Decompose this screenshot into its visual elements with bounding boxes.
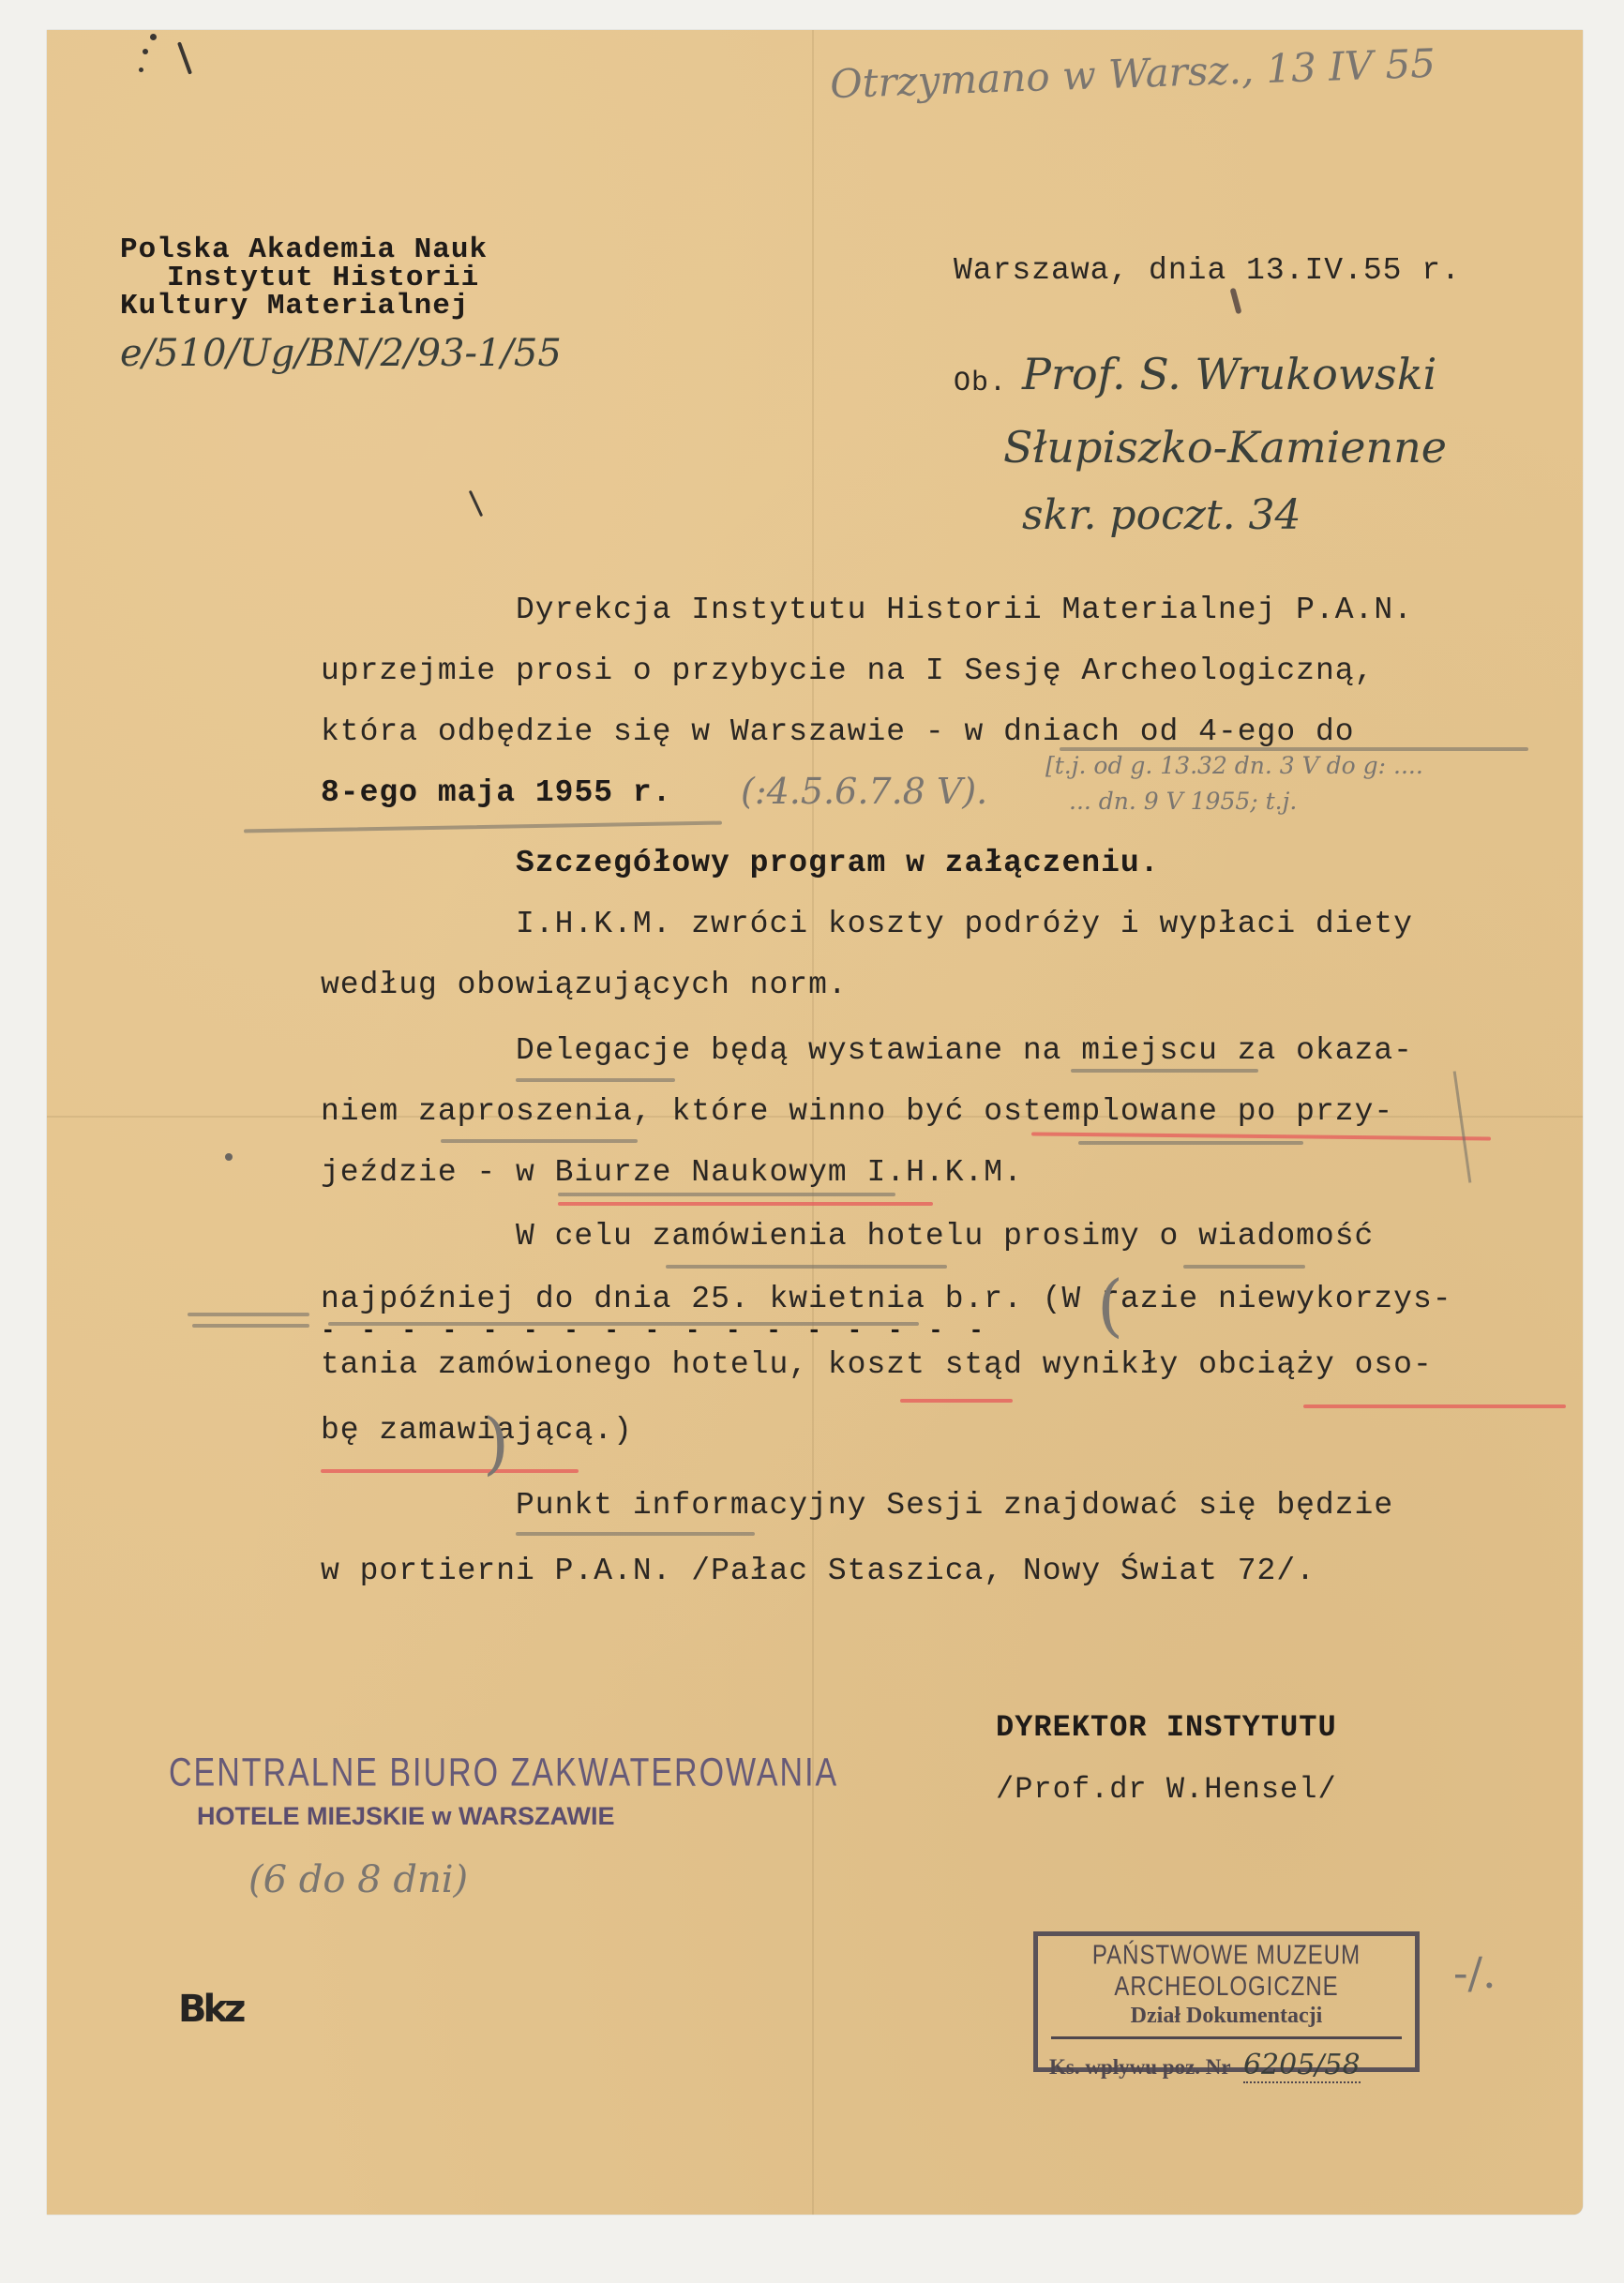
body-p2: Szczegółowy program w załączeniu.	[516, 846, 1160, 880]
ink-smudge	[1229, 288, 1241, 315]
pencil-underline	[1071, 1069, 1258, 1073]
red-underline	[558, 1202, 933, 1206]
hotel-stamp-line2: HOTELE MIEJSKIE w WARSZAWIE	[197, 1802, 615, 1831]
body-p4-line2: niem zaproszenia, które winno być ostemp…	[321, 1094, 1393, 1129]
body-p5-line4: bę zamawiającą.)	[321, 1413, 633, 1448]
addressee-prefix: Ob.	[954, 368, 1007, 399]
museum-stamp-line3: Ks. wpływu poz. Nr 6205/58	[1049, 2049, 1415, 2081]
pencil-time-note-a: [t.j. od g. 13.32 dn. 3 V do g: ....	[1045, 752, 1423, 779]
red-underline	[1031, 1132, 1491, 1140]
signature-title: DYREKTOR INSTYTUTU	[996, 1710, 1337, 1745]
ink-spot	[150, 34, 157, 40]
pencil-session-dates: (:4.5.6.7.8 V).	[741, 771, 987, 812]
pencil-overline	[1060, 747, 1528, 751]
letter-paper: Otrzymano w Warsz., 13 IV 55 Polska Akad…	[47, 30, 1583, 2215]
pencil-stay-note: (6 do 8 dni)	[248, 1858, 468, 1901]
body-p4-line3: jeździe - w Biurze Naukowym I.H.K.M.	[321, 1155, 1023, 1190]
ink-streak	[469, 490, 483, 517]
pencil-underline	[1183, 1265, 1305, 1269]
body-p5-line2: najpóźniej do dnia 25. kwietnia b.r. (W …	[321, 1282, 1452, 1316]
date-line: Warszawa, dnia 13.IV.55 r.	[954, 253, 1461, 288]
pencil-underline	[441, 1139, 638, 1143]
body-p1-line2: uprzejmie prosi o przybycie na I Sesję A…	[321, 653, 1374, 688]
addressee-name: Prof. S. Wrukowski	[1022, 349, 1436, 399]
reference-number: e/510/Ug/BN/2/93-1/55	[120, 332, 562, 375]
pencil-margin-mark	[192, 1324, 309, 1328]
pencil-underline	[516, 1532, 755, 1536]
ink-spot	[143, 49, 148, 54]
body-p3-line1: I.H.K.M. zwróci koszty podróży i wypłaci…	[516, 907, 1413, 941]
body-p1-line1: Dyrekcja Instytutu Historii Materialnej …	[516, 593, 1413, 627]
pencil-open-paren: (	[1097, 1266, 1123, 1344]
letterhead: Polska Akademia Nauk Instytut Historii K…	[120, 236, 488, 321]
pencil-underline	[244, 821, 722, 834]
museum-stamp-line1: PAŃSTWOWE MUZEUM ARCHEOLOGICZNE	[1038, 1940, 1415, 2003]
body-p1-line3: która odbędzie się w Warszawie - w dniac…	[321, 714, 1355, 749]
body-p1-line4: 8-ego maja 1955 r.	[321, 775, 671, 810]
pencil-underline	[1078, 1141, 1303, 1145]
body-p4-line1: Delegacje będą wystawiane na miejscu za …	[516, 1033, 1413, 1068]
pencil-underline	[516, 1078, 675, 1082]
body-p6-line1: Punkt informacyjny Sesji znajdować się b…	[516, 1488, 1393, 1523]
letterhead-line3: Kultury Materialnej	[120, 293, 488, 321]
pencil-underline	[558, 1193, 895, 1196]
initials-ink-blot: Bkz	[178, 1988, 242, 2031]
museum-registry-stamp: PAŃSTWOWE MUZEUM ARCHEOLOGICZNE Dział Do…	[1033, 1931, 1420, 2072]
addressee-locality: Słupiszko-Kamienne	[1003, 422, 1447, 473]
received-pencil-note: Otrzymano w Warsz., 13 IV 55	[829, 40, 1436, 108]
pencil-margin-mark	[188, 1313, 309, 1316]
letterhead-line1: Polska Akademia Nauk	[120, 236, 488, 264]
registry-label: Ks. wpływu poz. Nr	[1049, 2055, 1230, 2079]
typed-strike-dashes: - - - - - - - - - - - - - - - - -	[321, 1316, 989, 1344]
ink-spot	[139, 68, 143, 72]
pencil-margin-mark: -/.	[1453, 1947, 1496, 1998]
red-underline	[321, 1469, 579, 1473]
ink-streak	[177, 41, 192, 74]
hotel-stamp-line1: CENTRALNE BIURO ZAKWATEROWANIA	[169, 1750, 838, 1796]
body-p6-line2: w portierni P.A.N. /Pałac Staszica, Nowy…	[321, 1554, 1316, 1588]
body-p5-line3: tania zamówionego hotelu, koszt stąd wyn…	[321, 1347, 1433, 1382]
red-underline	[1303, 1404, 1566, 1408]
body-p5-line1: W celu zamówienia hotelu prosimy o wiado…	[516, 1219, 1374, 1254]
pencil-time-note-b: ... dn. 9 V 1955; t.j.	[1069, 788, 1297, 815]
pencil-margin-line	[1453, 1071, 1472, 1182]
signature-name: /Prof.dr W.Hensel/	[996, 1772, 1337, 1807]
body-p3-line2: według obowiązujących norm.	[321, 968, 848, 1002]
registry-number: 6205/58	[1243, 2049, 1361, 2083]
letterhead-line2: Instytut Historii	[120, 264, 488, 293]
red-underline	[900, 1399, 1013, 1403]
pencil-underline	[666, 1265, 947, 1269]
museum-stamp-line2: Dział Dokumentacji	[1038, 2004, 1415, 2029]
pencil-dot	[225, 1153, 233, 1161]
pencil-close-paren: )	[483, 1404, 509, 1482]
addressee-postbox: skr. poczt. 34	[1022, 491, 1301, 539]
